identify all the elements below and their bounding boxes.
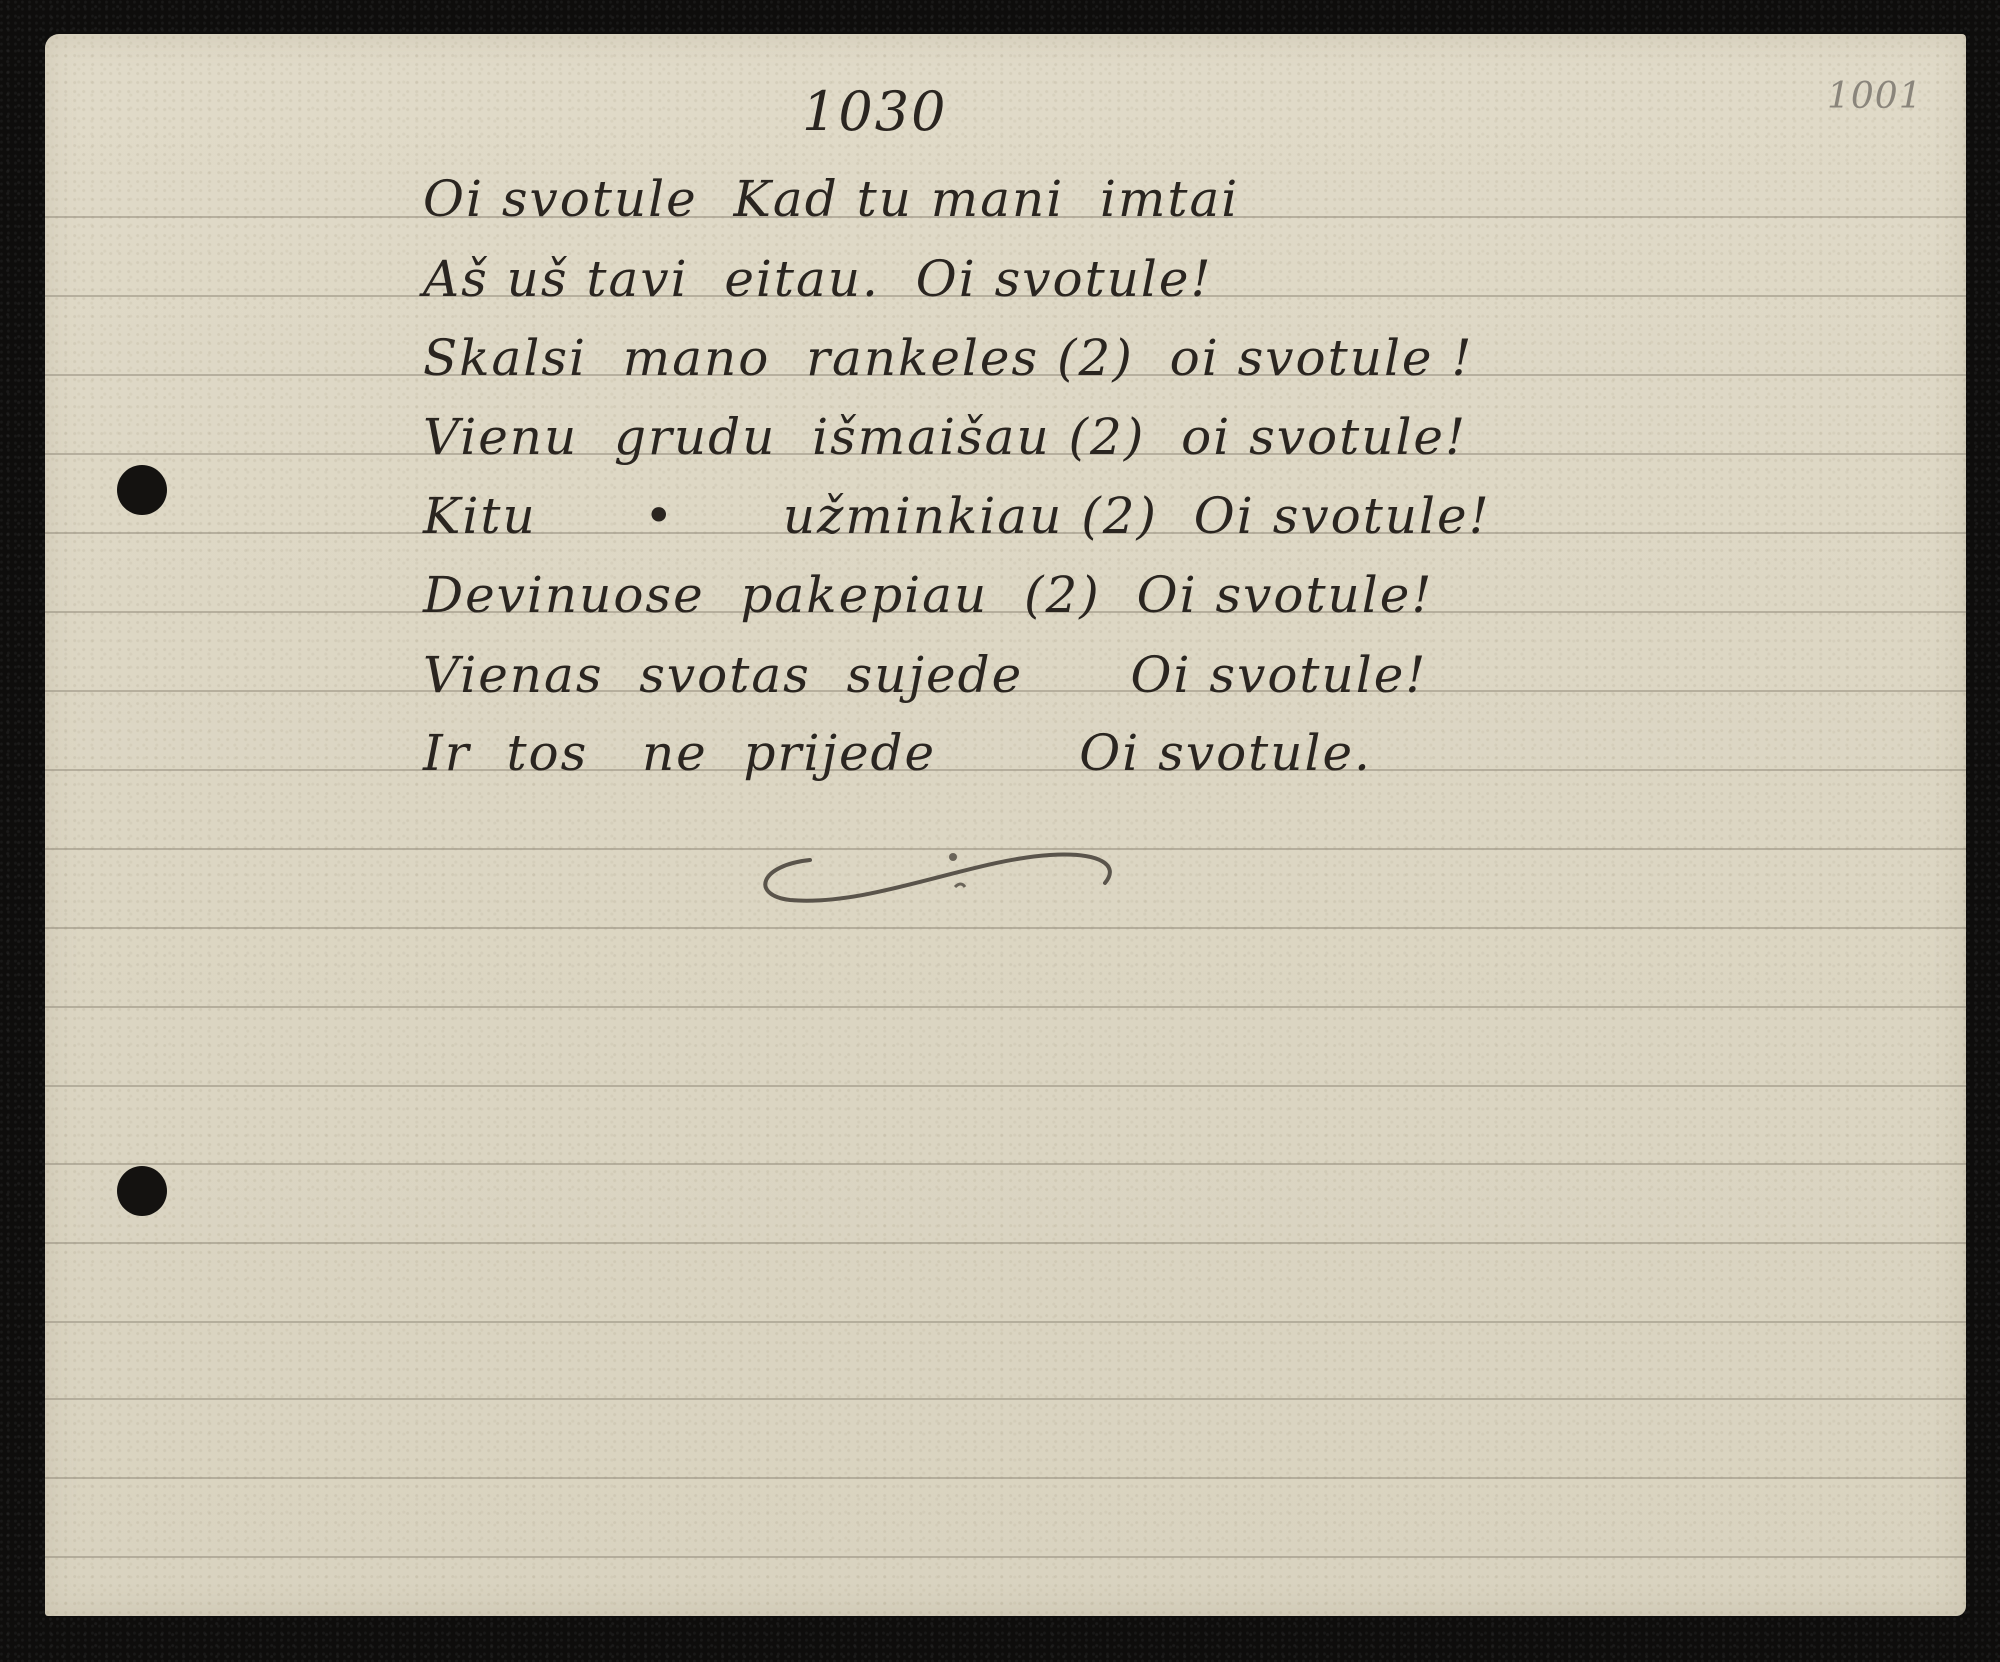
ruled-line	[45, 1006, 1966, 1008]
ruled-line	[45, 1398, 1966, 1400]
manuscript-sheet: 1030 1001 Oi svotule Kad tu mani imtai A…	[45, 34, 1966, 1616]
ruled-line	[45, 1556, 1966, 1558]
verse-line-5: Kitu • užminkiau (2) Oi svotule!	[423, 487, 1491, 545]
ruled-line	[45, 1163, 1966, 1165]
verse-line-1: Oi svotule Kad tu mani imtai	[423, 170, 1239, 228]
binder-hole-top	[117, 465, 167, 515]
ruled-line	[45, 1321, 1966, 1323]
ruled-line	[45, 1085, 1966, 1087]
verse-line-3: Skalsi mano rankeles (2) oi svotule !	[423, 329, 1474, 387]
verse-line-4: Vienu grudu išmaišau (2) oi svotule!	[423, 408, 1467, 466]
verse-line-6: Devinuose pakepiau (2) Oi svotule!	[423, 566, 1433, 624]
verse-line-7: Vienas svotas sujede Oi svotule!	[423, 646, 1427, 704]
binder-hole-bottom	[117, 1166, 167, 1216]
verse-line-8: Ir tos ne prijede Oi svotule.	[423, 724, 1372, 782]
ruled-line	[45, 927, 1966, 929]
ornament-flourish-icon	[750, 835, 1130, 915]
pencil-annotation: 1001	[1827, 76, 1923, 117]
page-number: 1030	[802, 80, 947, 143]
ruled-line	[45, 1477, 1966, 1479]
verse-line-2: Aš uš tavi eitau. Oi svotule!	[423, 250, 1213, 308]
ruled-line	[45, 1242, 1966, 1244]
